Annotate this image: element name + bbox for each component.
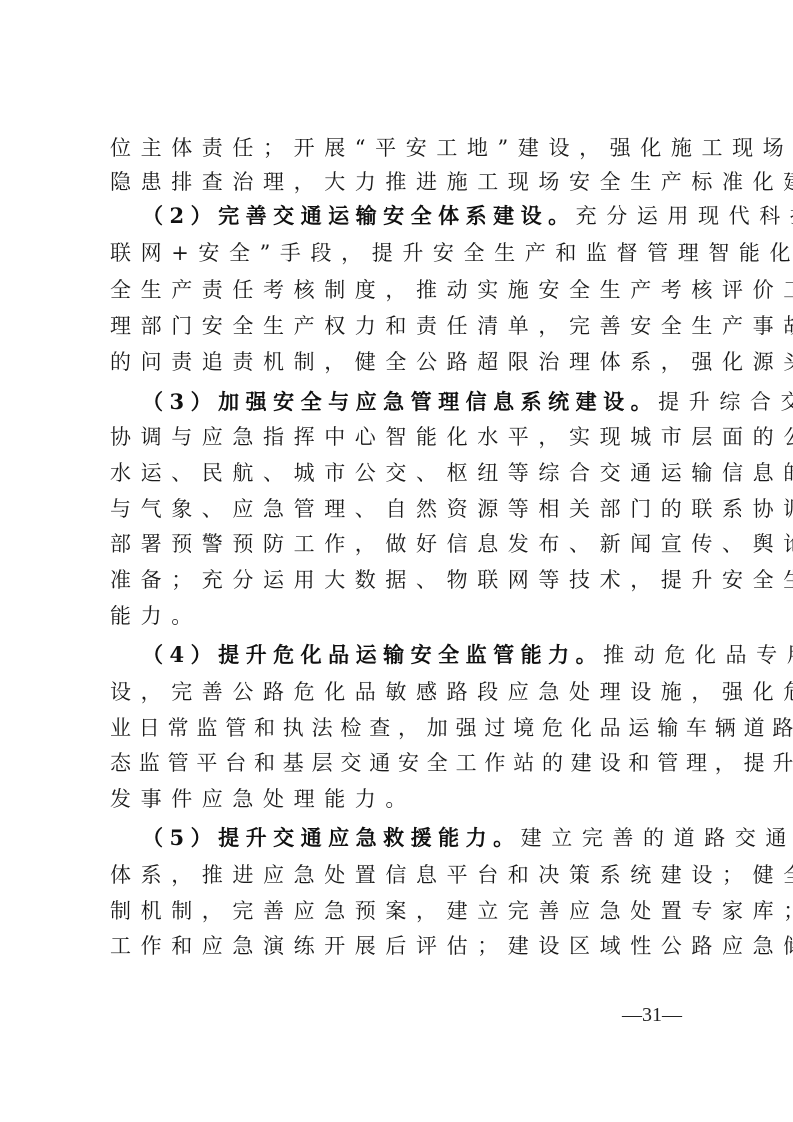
text-line: 体系，推进应急处置信息平台和决策系统建设；健全应急工作体 xyxy=(110,860,702,890)
text-line: 准备；充分运用大数据、物联网等技术，提升安全生产预警预防 xyxy=(110,565,702,595)
text-line: 态监管平台和基层交通安全工作站的建设和管理，提升交通运输突 xyxy=(110,748,702,778)
text-line: 制机制，完善应急预案，建立完善应急处置专家库；对应急处置 xyxy=(110,896,702,926)
section-heading: （3）加强安全与应急管理信息系统建设。 xyxy=(142,389,658,414)
text-line: 理部门安全生产权力和责任清单，完善安全生产事故和重大隐患 xyxy=(110,311,702,341)
section-heading: （5）提升交通应急救援能力。 xyxy=(142,825,521,850)
text-run: 提升综合交通运行 xyxy=(658,390,793,414)
text-line: 水运、民航、城市公交、枢纽等综合交通运输信息的汇集。完善 xyxy=(110,458,702,488)
section-heading-line: （3）加强安全与应急管理信息系统建设。提升综合交通运行 xyxy=(142,387,702,417)
text-line: 隐患排查治理，大力推进施工现场安全生产标准化建设。 xyxy=(110,167,702,197)
text-line: 全生产责任考核制度，推动实施安全生产考核评价工作，制定管 xyxy=(110,275,702,305)
section-heading: （4）提升危化品运输安全监管能力。 xyxy=(142,642,603,667)
text-line: 协调与应急指挥中心智能化水平，实现城市层面的公路、铁路、 xyxy=(110,422,702,452)
text-run: 推动危化品专用通道建 xyxy=(603,643,793,667)
section-heading-line: （5）提升交通应急救援能力。建立完善的道路交通应急保障 xyxy=(142,823,702,853)
text-line: 设，完善公路危化品敏感路段应急处理设施，强化危化品运输企 xyxy=(110,677,702,707)
section-heading-line: （2）完善交通运输安全体系建设。充分运用现代科技和“互 xyxy=(142,201,702,231)
section-heading: （2）完善交通运输安全体系建设。 xyxy=(142,203,576,228)
text-line: 联网+安全”手段，提升安全生产和监督管理智能化水平，健全安 xyxy=(110,238,702,268)
text-line: 位主体责任；开展“平安工地”建设，强化施工现场风险管理和 xyxy=(110,133,702,163)
text-line: 与气象、应急管理、自然资源等相关部门的联系协调机制，提前 xyxy=(110,494,702,524)
text-run: 充分运用现代科技和“互 xyxy=(576,204,793,228)
text-line: 发事件应急处理能力。 xyxy=(110,784,702,814)
text-run: 建立完善的道路交通应急保障 xyxy=(521,826,793,850)
text-line: 部署预警预防工作，做好信息发布、新闻宣传、舆论引导和应急 xyxy=(110,529,702,559)
document-page: 位主体责任；开展“平安工地”建设，强化施工现场风险管理和 隐患排查治理，大力推进… xyxy=(0,0,793,1122)
text-line: 能力。 xyxy=(110,601,702,631)
text-line: 业日常监管和执法检查，加强过境危化品运输车辆道路交通违法动 xyxy=(110,713,702,743)
section-heading-line: （4）提升危化品运输安全监管能力。推动危化品专用通道建 xyxy=(142,640,702,670)
page-number: —31— xyxy=(620,1002,684,1028)
text-line: 的问责追责机制，健全公路超限治理体系，强化源头治超。 xyxy=(110,347,702,377)
text-line: 工作和应急演练开展后评估；建设区域性公路应急储备库；加强 xyxy=(110,931,702,961)
